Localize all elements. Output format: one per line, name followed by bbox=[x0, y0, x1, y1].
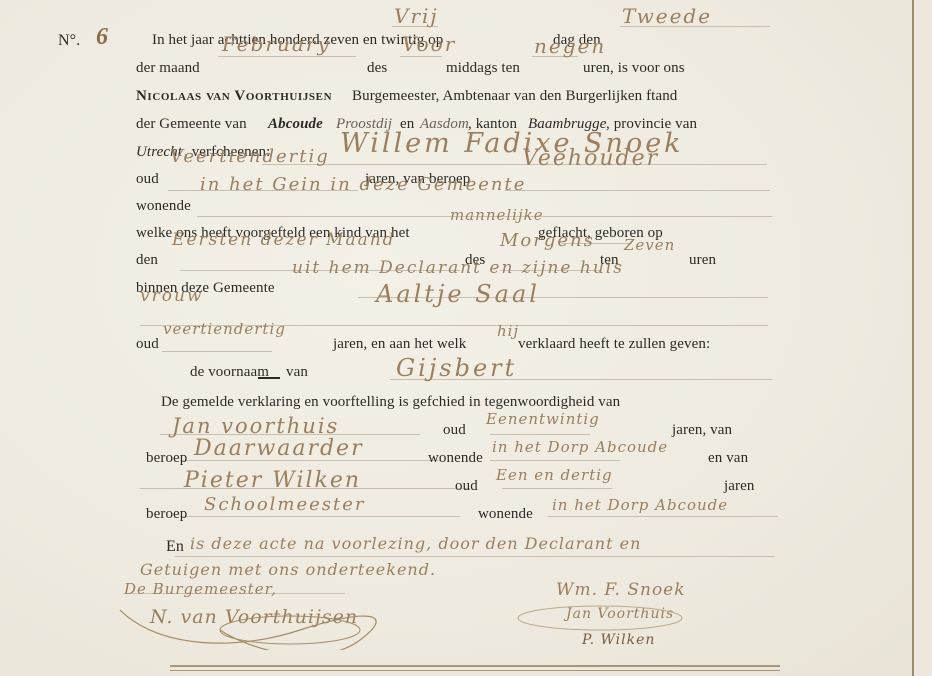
printed-text: Burgemeester, Ambtenaar van den Burgerli… bbox=[352, 88, 677, 105]
printed-text: En bbox=[166, 538, 184, 556]
handwritten-birth-date: Eersten dezer Maand bbox=[172, 230, 396, 250]
handwritten-declarant-age: Veertiendertig bbox=[170, 146, 330, 167]
dash bbox=[258, 377, 280, 379]
printed-text: oud bbox=[136, 336, 159, 353]
handwritten-witness1-residence: in het Dorp Abcoude bbox=[492, 438, 668, 456]
handwritten-pronoun: hij bbox=[497, 322, 519, 340]
handwritten-day-name: Vrij bbox=[394, 4, 439, 28]
handwritten-declarant-residence: in het Gein in deze Gemeente bbox=[200, 174, 526, 195]
field-line bbox=[400, 56, 442, 57]
adjacent-page bbox=[914, 0, 932, 676]
printed-text: beroep bbox=[146, 450, 187, 467]
bottom-rule bbox=[170, 670, 780, 671]
printed-text: jaren, van bbox=[672, 422, 732, 439]
record-number: 6 bbox=[96, 24, 108, 51]
printed-text: uren bbox=[689, 252, 716, 269]
printed-text: der maand bbox=[136, 60, 200, 77]
printed-text: oud bbox=[443, 422, 466, 439]
field-line bbox=[218, 56, 356, 57]
handwritten-birth-hour: Zeven bbox=[624, 236, 675, 254]
handwritten-birth-part-of-day: Morgens bbox=[500, 230, 595, 251]
printed-text: wonende bbox=[136, 198, 191, 215]
document-page: N°. 6 In het jaar achttien honderd zeven… bbox=[0, 0, 932, 676]
printed-text: jaren, en aan het welk bbox=[333, 336, 466, 353]
signature-flourish-icon bbox=[510, 596, 690, 636]
signature-flourish-icon bbox=[100, 590, 420, 650]
field-line bbox=[502, 488, 612, 489]
printed-text: wonende bbox=[478, 506, 533, 523]
handwritten-witness1-name: Jan voorthuis bbox=[172, 414, 339, 438]
handwritten-witness1-age: Eenentwintig bbox=[486, 410, 600, 428]
record-label: N°. bbox=[58, 32, 80, 50]
printed-text: oud bbox=[136, 171, 159, 188]
field-line bbox=[175, 556, 775, 557]
handwritten-mother-prefix: vrouw bbox=[140, 286, 203, 306]
field-line bbox=[262, 164, 767, 165]
handwritten-closing-2: Getuigen met ons onderteekend. bbox=[140, 560, 436, 579]
printed-text: oud bbox=[455, 478, 478, 495]
field-line bbox=[505, 190, 770, 191]
handwritten-child-sex: mannelijke bbox=[450, 206, 544, 224]
printed-text: en van bbox=[708, 450, 748, 467]
printed-text: uren, is voor ons bbox=[583, 60, 685, 77]
printed-text: jaren bbox=[724, 478, 754, 495]
handwritten-part-of-day: Voor bbox=[402, 32, 456, 56]
printed-text: middags ten bbox=[446, 60, 520, 77]
printed-text: De gemelde verklaring en voorftelling is… bbox=[161, 394, 620, 411]
printed-text: wonende bbox=[428, 450, 483, 467]
printed-text: den bbox=[136, 252, 158, 269]
handwritten-witness2-residence: in het Dorp Abcoude bbox=[552, 496, 728, 514]
printed-text: beroep bbox=[146, 506, 187, 523]
field-line bbox=[180, 516, 460, 517]
handwritten-child-name: Gijsbert bbox=[396, 354, 517, 382]
handwritten-month: February bbox=[222, 32, 331, 56]
bottom-rule bbox=[170, 665, 780, 667]
handwritten-closing-1: is deze acte na voorlezing, door den Dec… bbox=[190, 534, 641, 553]
handwritten-birth-place: uit hem Declarant en zijne huis bbox=[292, 258, 624, 278]
field-line bbox=[548, 516, 778, 517]
mayor-name-printed: Nicolaas van Voorthuijsen bbox=[136, 88, 332, 105]
printed-text: des bbox=[367, 60, 387, 77]
handwritten-mother-age: veertiendertig bbox=[163, 320, 286, 338]
handwritten-mother-name: Aaltje Saal bbox=[376, 280, 540, 308]
printed-text: der Gemeente van bbox=[136, 116, 247, 133]
field-line bbox=[162, 351, 272, 352]
field-line bbox=[490, 460, 620, 461]
handwritten-day-number: Tweede bbox=[622, 4, 712, 28]
municipality-name: Abcoude bbox=[268, 116, 323, 133]
handwritten-witness1-occupation: Daarwaarder bbox=[194, 436, 364, 461]
handwritten-witness2-name: Pieter Wilken bbox=[184, 468, 361, 493]
handwritten-witness2-age: Een en dertig bbox=[496, 466, 613, 484]
handwritten-hour: negen bbox=[534, 34, 606, 58]
handwritten-witness2-occupation: Schoolmeester bbox=[204, 494, 366, 515]
printed-text: van bbox=[286, 364, 308, 381]
handwritten-declarant-occupation: Veehouder bbox=[522, 146, 659, 171]
printed-text: verklaard heeft te zullen geven: bbox=[518, 336, 710, 353]
field-line bbox=[490, 434, 590, 435]
